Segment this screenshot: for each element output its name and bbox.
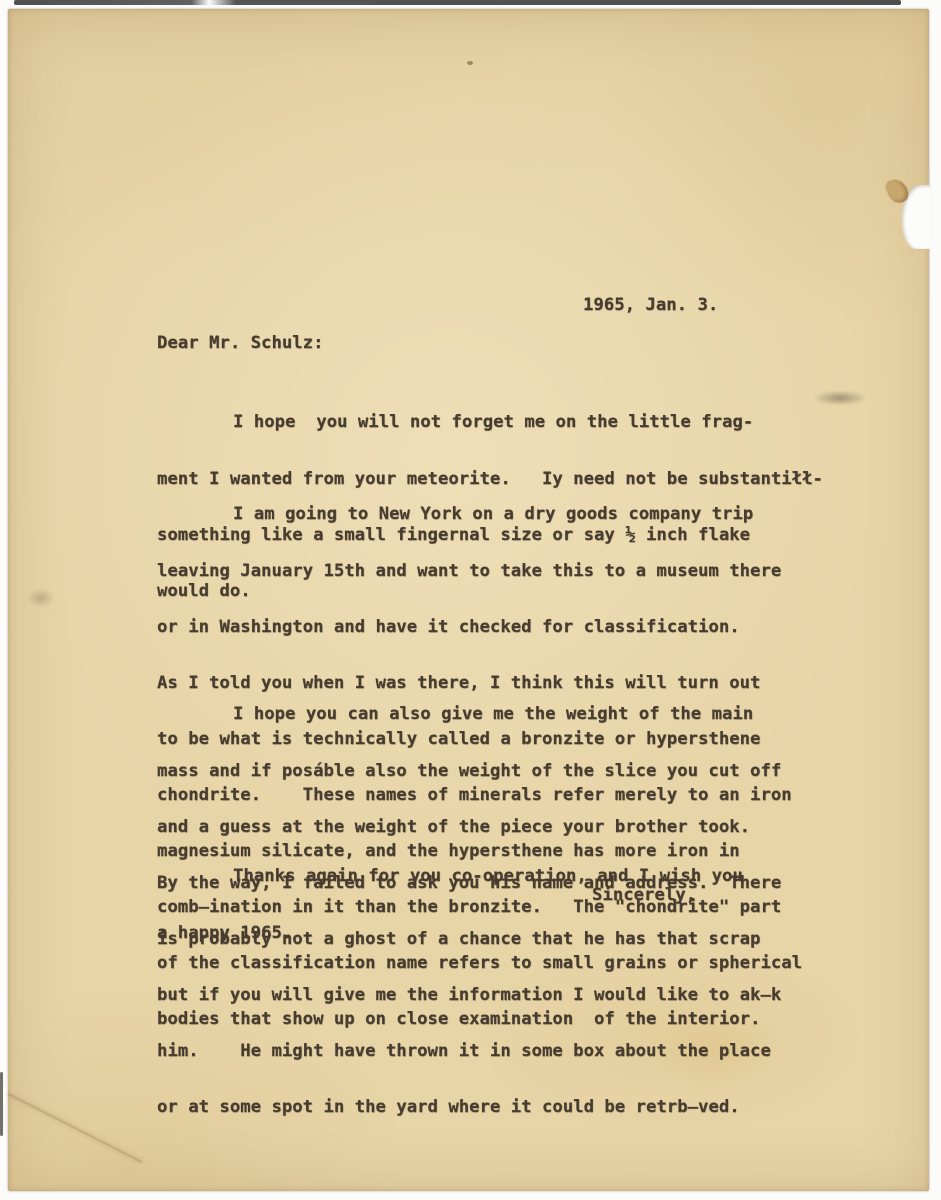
scanner-edge-artifact-top (14, 0, 901, 5)
letter-line: or in Washington and have it checked for… (157, 618, 802, 637)
letter-line: but if you will give me the information … (157, 986, 781, 1005)
letter-line: I hope you can also give me the weight o… (157, 705, 781, 724)
paper-wrinkle (8, 1093, 143, 1163)
letter-page: 1965, Jan. 3. Dear Mr. Schulz: I hope yo… (8, 9, 929, 1191)
ink-smudge (28, 589, 54, 607)
letter-line: Thanks again for you co-operation, and I… (157, 867, 743, 886)
letter-line: or at some spot in the yard where it cou… (157, 1098, 781, 1117)
ink-speck (467, 61, 473, 65)
letter-line: mass and if posáble also the weight of t… (157, 762, 781, 781)
salutation: Dear Mr. Schulz: (157, 334, 323, 353)
letter-line: I hope you will not forget me on the lit… (157, 413, 823, 432)
letter-line: I am going to New York on a dry goods co… (157, 505, 802, 524)
date: 1965, Jan. 3. (583, 296, 718, 315)
letter-line: leaving January 15th and want to take th… (157, 562, 802, 581)
closing-signature: Sincerely, (592, 886, 696, 905)
scanned-letter: 1965, Jan. 3. Dear Mr. Schulz: I hope yo… (0, 0, 941, 1200)
scanner-edge-artifact-left (0, 1072, 3, 1136)
letter-line: a happy 1965. (157, 924, 743, 943)
letter-line: him. He might have thrown it in some box… (157, 1042, 781, 1061)
